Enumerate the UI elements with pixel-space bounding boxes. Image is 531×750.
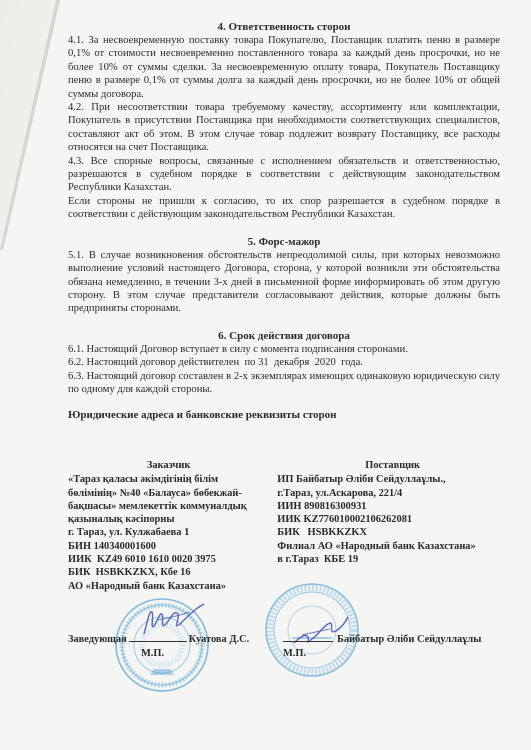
- customer-bik: БИК HSBKKZKX, Кбе 16: [68, 566, 269, 579]
- customer-bank: АО «Народный банк Казахстана»: [68, 580, 269, 593]
- clause-4-3: 4.3. Все спорные вопросы, связанные с ис…: [68, 155, 500, 195]
- parties-requisites: Заказчик «Тараз қаласы әкімдігінің білім…: [68, 459, 508, 593]
- section-4-title: 4. Ответственность сторон: [68, 20, 500, 34]
- clause-6-3: 6.3. Настоящий договор составлен в 2-х э…: [68, 370, 500, 397]
- customer-block: Заказчик «Тараз қаласы әкімдігінің білім…: [68, 459, 269, 593]
- contract-body: 4. Ответственность сторон 4.1. За несвое…: [68, 20, 500, 423]
- customer-signature-line: Заведующая Куатова Д.С.: [68, 634, 249, 645]
- customer-address: г. Тараз, ул. Кулжабаева 1: [68, 526, 269, 539]
- supplier-block: Поставщик ИП Байбатыр Әліби Сейдуллаұлы.…: [277, 459, 508, 593]
- customer-line: бөлімінің» №40 «Балауса» бөбекжай-: [68, 487, 269, 500]
- customer-signature-blank: [129, 641, 187, 642]
- customer-bin: БИН 140340001600: [68, 540, 269, 553]
- section-5-title: 5. Форс-мажор: [68, 235, 500, 249]
- supplier-stamp-icon: [264, 582, 360, 678]
- clause-4-1: 4.1. За несвоевременную поставку товара …: [68, 34, 500, 101]
- supplier-signature-blank: [283, 641, 333, 642]
- customer-stamp-icon: [114, 597, 210, 693]
- section-6-title: 6. Срок действия договора: [68, 329, 500, 343]
- supplier-iin: ИИН 890816300931: [277, 500, 508, 513]
- supplier-signer-name: Байбатыр Әліби Сейдуллаұлы: [337, 634, 481, 645]
- customer-signer-position: Заведующая: [68, 634, 127, 645]
- supplier-signature-line: Байбатыр Әліби Сейдуллаұлы: [283, 634, 481, 645]
- clause-5-1: 5.1. В случае возникновения обстоятельст…: [68, 249, 500, 316]
- supplier-heading: Поставщик: [277, 459, 508, 472]
- customer-iik: ИИК KZ49 6010 1610 0020 3975: [68, 553, 269, 566]
- requisites-title: Юридические адреса и банковские реквизит…: [68, 409, 500, 422]
- customer-line: қазыналық кәсіпорны: [68, 513, 269, 526]
- clause-6-2: 6.2. Настоящий договор действителен по 3…: [68, 356, 500, 369]
- customer-line: бақшасы» мемлекеттік коммуналдық: [68, 500, 269, 513]
- clause-4-2: 4.2. При несоответствии товара требуемом…: [68, 101, 500, 155]
- customer-seal-label: М.П.: [141, 648, 164, 659]
- supplier-bank-city: в г.Тараз КБЕ 19: [277, 553, 508, 566]
- customer-signer-name: Куатова Д.С.: [189, 634, 249, 645]
- document-page: 4. Ответственность сторон 4.1. За несвое…: [0, 0, 531, 750]
- supplier-seal-label: М.П.: [283, 648, 306, 659]
- supplier-bik: БИК HSBKKZKX: [277, 526, 508, 539]
- supplier-iik: ИИК KZ776010002106262081: [277, 513, 508, 526]
- supplier-address: г.Тараз, ул.Аскарова, 221/4: [277, 487, 508, 500]
- clause-6-1: 6.1. Настоящий Договор вступает в силу с…: [68, 343, 500, 356]
- customer-heading: Заказчик: [68, 459, 269, 472]
- clause-4-note: Если стороны не пришли к согласию, то их…: [68, 195, 500, 222]
- supplier-bank: Филиал АО «Народный банк Казахстана»: [277, 540, 508, 553]
- supplier-name: ИП Байбатыр Әліби Сейдуллаұлы.,: [277, 473, 508, 486]
- customer-line: «Тараз қаласы әкімдігінің білім: [68, 473, 269, 486]
